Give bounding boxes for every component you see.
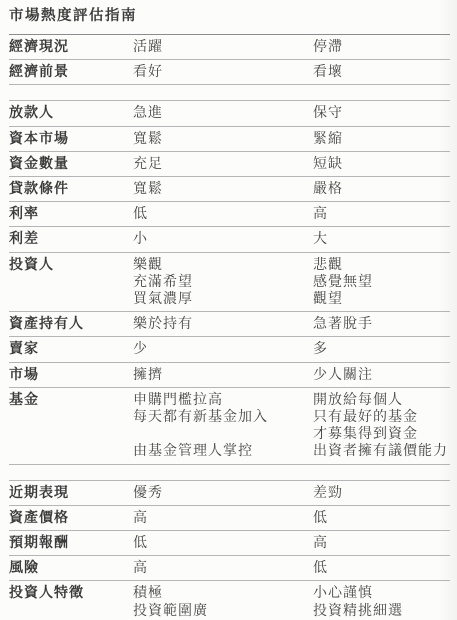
cold-market-cell: 保守 [313, 105, 450, 122]
hot-market-cell: 小 [133, 231, 313, 248]
row-label: 資產持有人 [9, 316, 133, 333]
row-label: 資產價格 [9, 510, 133, 527]
row-label: 投資人特徵 [9, 585, 133, 619]
cell-line: 積極 [133, 585, 313, 602]
row-label: 賣家 [9, 341, 133, 358]
table-row: 資本市場 寬鬆 緊縮 [9, 127, 450, 152]
hot-market-cell: 擁擠 [133, 367, 313, 384]
row-label: 利率 [9, 206, 133, 223]
cell-line: 保守 [313, 105, 450, 122]
row-label: 經濟現況 [9, 39, 133, 56]
hot-market-cell: 樂於持有 [133, 316, 313, 333]
cell-line: 每天都有新基金加入 [133, 409, 313, 426]
cell-line: 差勁 [313, 485, 450, 502]
hot-market-cell: 樂觀充滿希望買氣濃厚 [133, 257, 313, 309]
cell-line: 悲觀 [313, 257, 450, 274]
cell-line: 由基金管理人掌控 [133, 443, 313, 460]
cell-line: 開放給每個人 [313, 392, 450, 409]
cold-market-cell: 少人關注 [313, 367, 450, 384]
cell-line: 觀望 [313, 291, 450, 308]
row-label: 貸款條件 [9, 181, 133, 198]
cell-line: 充足 [133, 156, 313, 173]
hot-market-cell: 充足 [133, 156, 313, 173]
cold-market-cell: 差勁 [313, 485, 450, 502]
cell-line: 活躍 [133, 39, 313, 56]
hot-market-cell: 高 [133, 560, 313, 577]
hot-market-cell: 活躍 [133, 39, 313, 56]
hot-market-cell: 寬鬆 [133, 131, 313, 148]
cell-line: 樂於持有 [133, 316, 313, 333]
row-label: 經濟前景 [9, 64, 133, 81]
row-label: 投資人 [9, 257, 133, 309]
table-row: 預期報酬 低 高 [9, 531, 450, 556]
cell-line: 優秀 [133, 485, 313, 502]
table-row: 投資人特徵 積極投資範圍廣 小心謹慎投資精挑細選 [9, 581, 450, 620]
cell-line: 寬鬆 [133, 131, 313, 148]
table-row: 投資人 樂觀充滿希望買氣濃厚 悲觀感覺無望觀望 [9, 253, 450, 313]
cold-market-cell: 開放給每個人只有最好的基金才募集得到資金出資者擁有議價能力 [313, 392, 450, 461]
cold-market-cell: 高 [313, 206, 450, 223]
spacer-row [9, 85, 450, 101]
cold-market-cell: 看壞 [313, 64, 450, 81]
cold-market-cell: 緊縮 [313, 131, 450, 148]
row-label: 放款人 [9, 105, 133, 122]
cell-line: 低 [313, 560, 450, 577]
cell-line: 看壞 [313, 64, 450, 81]
cold-market-cell: 低 [313, 510, 450, 527]
cell-line: 高 [313, 535, 450, 552]
cell-line: 看好 [133, 64, 313, 81]
cell-line: 停滯 [313, 39, 450, 56]
cell-line: 急進 [133, 105, 313, 122]
cold-market-cell: 低 [313, 560, 450, 577]
hot-market-cell: 少 [133, 341, 313, 358]
cell-line: 多 [313, 341, 450, 358]
hot-market-cell: 積極投資範圍廣 [133, 585, 313, 619]
cold-market-cell: 高 [313, 535, 450, 552]
cell-line: 嚴格 [313, 181, 450, 198]
hot-market-cell: 低 [133, 535, 313, 552]
cell-line: 小 [133, 231, 313, 248]
row-label: 風險 [9, 560, 133, 577]
cell-line: 感覺無望 [313, 274, 450, 291]
cell-line: 低 [313, 510, 450, 527]
row-label: 市場 [9, 367, 133, 384]
table-row: 放款人 急進 保守 [9, 101, 450, 126]
table-row: 市場 擁擠 少人關注 [9, 363, 450, 388]
cell-line: 高 [133, 560, 313, 577]
hot-market-cell: 急進 [133, 105, 313, 122]
row-label: 預期報酬 [9, 535, 133, 552]
row-label: 利差 [9, 231, 133, 248]
hot-market-cell: 申購門檻拉高每天都有新基金加入 由基金管理人掌控 [133, 392, 313, 461]
hot-market-cell: 低 [133, 206, 313, 223]
cell-line: 申購門檻拉高 [133, 392, 313, 409]
cell-line: 高 [313, 206, 450, 223]
hot-market-cell: 高 [133, 510, 313, 527]
table-row: 風險 高 低 [9, 556, 450, 581]
cell-line: 大 [313, 231, 450, 248]
table-row: 基金 申購門檻拉高每天都有新基金加入 由基金管理人掌控 開放給每個人只有最好的基… [9, 388, 450, 465]
cell-line: 投資範圍廣 [133, 603, 313, 620]
cold-market-cell: 悲觀感覺無望觀望 [313, 257, 450, 309]
cell-line: 寬鬆 [133, 181, 313, 198]
cell-line: 出資者擁有議價能力 [313, 443, 450, 460]
cell-line: 才募集得到資金 [313, 426, 450, 443]
table-row: 近期表現 優秀 差勁 [9, 481, 450, 506]
table-row: 經濟現況 活躍 停滯 [9, 35, 450, 60]
cell-line: 充滿希望 [133, 274, 313, 291]
cell-line [133, 426, 313, 443]
cold-market-cell: 小心謹慎投資精挑細選 [313, 585, 450, 619]
row-label: 資本市場 [9, 131, 133, 148]
hot-market-cell: 優秀 [133, 485, 313, 502]
row-label: 資金數量 [9, 156, 133, 173]
table-row: 貸款條件 寬鬆 嚴格 [9, 177, 450, 202]
table-row: 資金數量 充足 短缺 [9, 152, 450, 177]
spacer-row [9, 465, 450, 481]
page-title: 市場熱度評估指南 [0, 0, 457, 25]
table-row: 利差 小 大 [9, 227, 450, 252]
cell-line: 樂觀 [133, 257, 313, 274]
hot-market-cell: 寬鬆 [133, 181, 313, 198]
cell-line: 只有最好的基金 [313, 409, 450, 426]
cell-line: 買氣濃厚 [133, 291, 313, 308]
cold-market-cell: 急著脫手 [313, 316, 450, 333]
cold-market-cell: 停滯 [313, 39, 450, 56]
row-label: 基金 [9, 392, 133, 461]
cell-line: 少人關注 [313, 367, 450, 384]
cell-line: 低 [133, 535, 313, 552]
hot-market-cell: 看好 [133, 64, 313, 81]
table-row: 賣家 少 多 [9, 337, 450, 362]
scanned-book-page: 市場熱度評估指南 經濟現況 活躍 停滯 經濟前景 看好 看壞 放款人 急進 保守… [0, 0, 457, 620]
table-row: 資產價格 高 低 [9, 506, 450, 531]
cell-line: 緊縮 [313, 131, 450, 148]
cell-line: 低 [133, 206, 313, 223]
cold-market-cell: 短缺 [313, 156, 450, 173]
cell-line: 短缺 [313, 156, 450, 173]
cell-line: 投資精挑細選 [313, 603, 450, 620]
market-heat-table: 經濟現況 活躍 停滯 經濟前景 看好 看壞 放款人 急進 保守 資本市場 寬鬆 … [9, 34, 450, 620]
table-row: 資產持有人 樂於持有 急著脫手 [9, 312, 450, 337]
row-label: 近期表現 [9, 485, 133, 502]
cell-line: 擁擠 [133, 367, 313, 384]
cell-line: 急著脫手 [313, 316, 450, 333]
cold-market-cell: 大 [313, 231, 450, 248]
cell-line: 高 [133, 510, 313, 527]
table-row: 利率 低 高 [9, 202, 450, 227]
cold-market-cell: 多 [313, 341, 450, 358]
cold-market-cell: 嚴格 [313, 181, 450, 198]
cell-line: 少 [133, 341, 313, 358]
table-row: 經濟前景 看好 看壞 [9, 60, 450, 85]
cell-line: 小心謹慎 [313, 585, 450, 602]
